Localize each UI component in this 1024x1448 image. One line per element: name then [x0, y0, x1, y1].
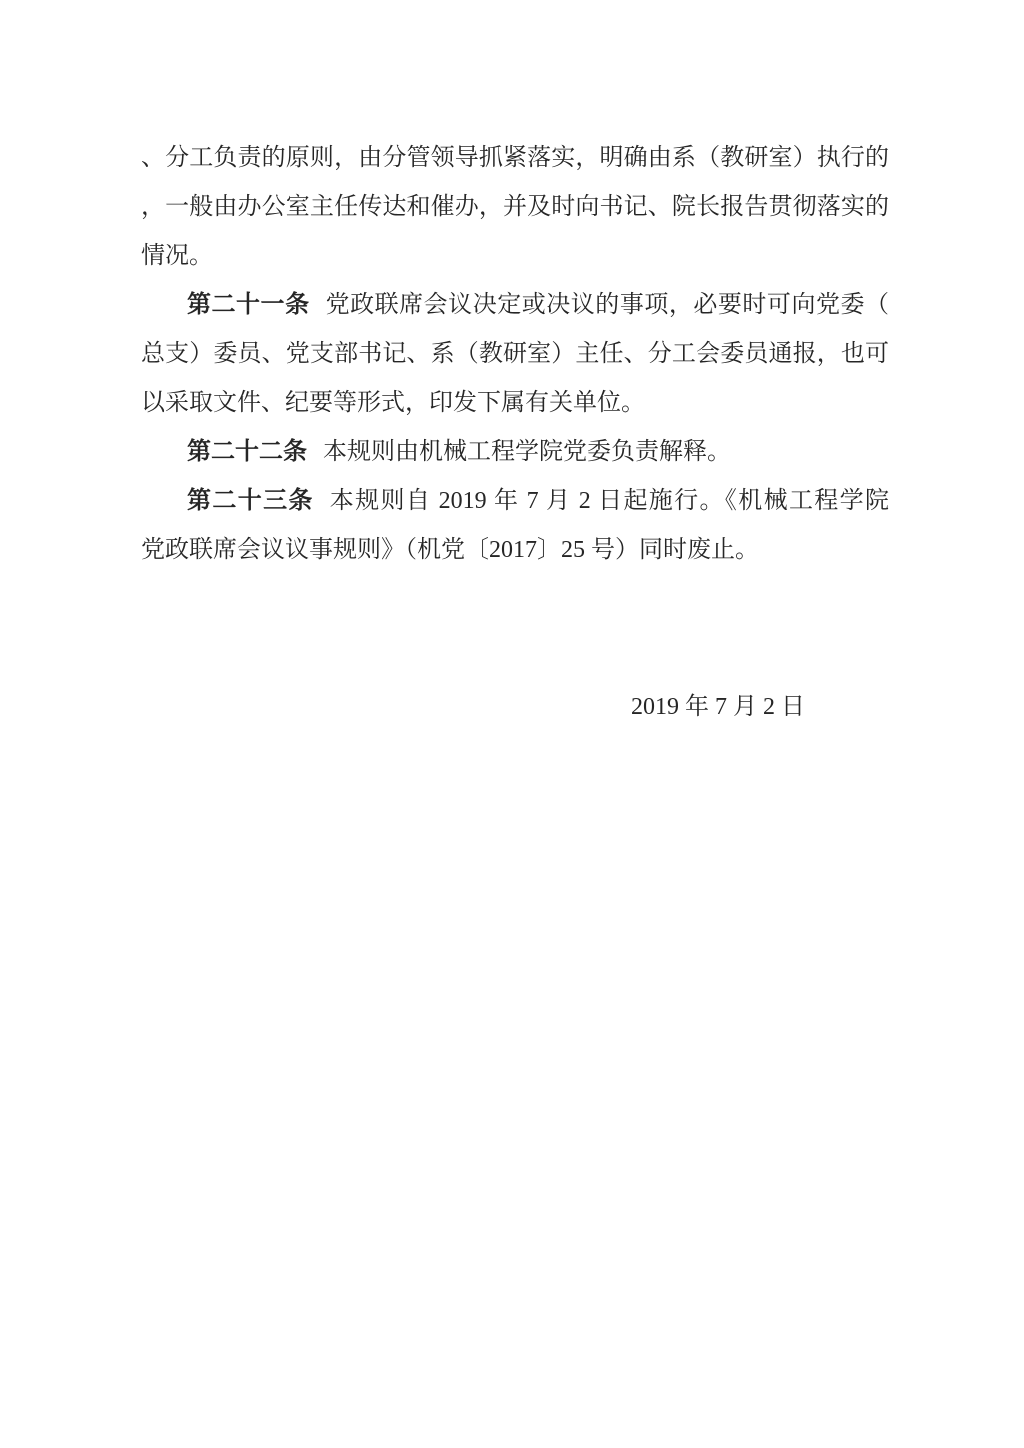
continuation-line-3: 情况。: [141, 232, 889, 281]
document-body: 、分工负责的原则，由分管领导抓紧落实，明确由系（教研室）执行的 ，一般由办公室主…: [141, 134, 889, 732]
document-page: 、分工负责的原则，由分管领导抓紧落实，明确由系（教研室）执行的 ，一般由办公室主…: [0, 0, 1024, 1448]
continuation-line-1: 、分工负责的原则，由分管领导抓紧落实，明确由系（教研室）执行的: [141, 134, 889, 183]
article-23-term: 第二十三条: [187, 488, 314, 514]
article-23-line-2: 党政联席会议议事规则》（机党〔2017〕25 号）同时废止。: [141, 526, 889, 575]
article-22-line-1: 第二十二条本规则由机械工程学院党委负责解释。: [141, 428, 889, 477]
article-23-text-1: 本规则自 2019 年 7 月 2 日起施行。《机械工程学院: [330, 488, 889, 514]
article-21-line-1: 第二十一条党政联席会议决定或决议的事项，必要时可向党委（: [141, 281, 889, 330]
signature-date: 2019 年 7 月 2 日: [141, 683, 889, 732]
article-21-text-1: 党政联席会议决定或决议的事项，必要时可向党委（: [326, 292, 889, 318]
article-21-line-3: 以采取文件、纪要等形式，印发下属有关单位。: [141, 379, 889, 428]
article-22-text-1: 本规则由机械工程学院党委负责解释。: [323, 439, 731, 465]
article-22-term: 第二十二条: [187, 439, 307, 465]
article-21-line-2: 总支）委员、党支部书记、系（教研室）主任、分工会委员通报，也可: [141, 330, 889, 379]
continuation-line-2: ，一般由办公室主任传达和催办，并及时向书记、院长报告贯彻落实的: [141, 183, 889, 232]
article-21-term: 第二十一条: [187, 292, 310, 318]
article-23-line-1: 第二十三条本规则自 2019 年 7 月 2 日起施行。《机械工程学院: [141, 477, 889, 526]
